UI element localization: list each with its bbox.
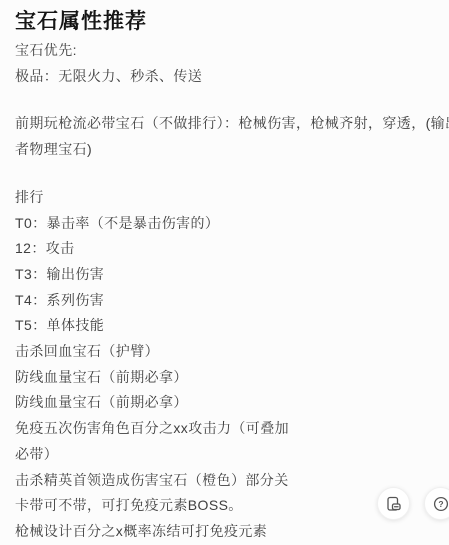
text-line: 12：攻击 [15,236,449,262]
text-line: T3：输出伤害 [15,262,449,288]
text-line: 枪械设计百分之x概率冻结可打免疫元素 [15,519,449,545]
feedback-icon [386,496,402,512]
text-line: 排行 [15,185,449,211]
feedback-button[interactable] [377,487,410,520]
question-mark-icon: ? [433,496,449,512]
text-line: 防线血量宝石（前期必拿） [15,390,449,416]
text-line: 免疫五次伤害角色百分之xx攻击力（可叠加 [15,416,449,442]
text-line: 击杀回血宝石（护臂） [15,339,449,365]
help-button[interactable]: ? [424,487,449,520]
page-title: 宝石属性推荐 [0,0,449,38]
text-line: 者物理宝石) [15,137,449,163]
svg-text:?: ? [438,499,443,509]
text-line: T5：单体技能 [15,313,449,339]
text-line: 前期玩枪流必带宝石（不做排行）：枪械伤害，枪械齐射，穿透，(输出或 [15,111,449,137]
text-line: 极品：无限火力、秒杀、传送 [15,64,449,90]
paragraph-gap [0,163,449,185]
text-line: 宝石优先: [15,38,449,64]
text-line: 必带） [15,442,449,468]
text-line: 防线血量宝石（前期必拿） [15,365,449,391]
text-line: T0：暴击率（不是暴击伤害的） [15,211,449,237]
document-page: 宝石属性推荐 宝石优先: 极品：无限火力、秒杀、传送 前期玩枪流必带宝石（不做排… [0,0,449,545]
paragraph-gap [0,89,449,111]
text-line: T4：系列伤害 [15,288,449,314]
